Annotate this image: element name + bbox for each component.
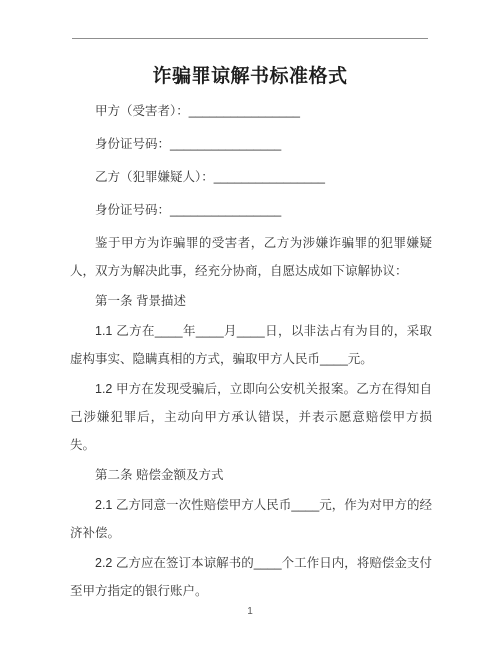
field-party-b-id-number: 身份证号码：________________ xyxy=(70,196,432,224)
header-divider xyxy=(72,38,428,39)
clause-2-1: 2.1 乙方同意一次性赔偿甲方人民币____元，作为对甲方的经济补偿。 xyxy=(70,491,432,547)
field-party-a-id-number: 身份证号码：________________ xyxy=(70,130,432,158)
page-number: 1 xyxy=(0,606,500,617)
document-page: 诈骗罪谅解书标准格式 甲方（受害者）：________________ 身份证号… xyxy=(0,0,500,647)
section-1-heading: 第一条 背景描述 xyxy=(70,287,432,315)
section-2-heading: 第二条 赔偿金额及方式 xyxy=(70,461,432,489)
document-body: 甲方（受害者）：________________ 身份证号码：_________… xyxy=(70,97,432,607)
field-party-a-victim: 甲方（受害者）：________________ xyxy=(70,97,432,125)
field-party-b-suspect: 乙方（犯罪嫌疑人）：________________ xyxy=(70,163,432,191)
clause-1-1: 1.1 乙方在____年____月____日，以非法占有为目的，采取虚构事实、隐… xyxy=(70,317,432,373)
preamble-paragraph: 鉴于甲方为诈骗罪的受害者，乙方为涉嫌诈骗罪的犯罪嫌疑人，双方为解决此事，经充分协… xyxy=(70,229,432,285)
clause-2-2: 2.2 乙方应在签订本谅解书的____个工作日内，将赔偿金支付至甲方指定的银行账… xyxy=(70,549,432,605)
clause-1-2: 1.2 甲方在发现受骗后，立即向公安机关报案。乙方在得知自己涉嫌犯罪后，主动向甲… xyxy=(70,375,432,459)
document-title: 诈骗罪谅解书标准格式 xyxy=(0,61,500,88)
